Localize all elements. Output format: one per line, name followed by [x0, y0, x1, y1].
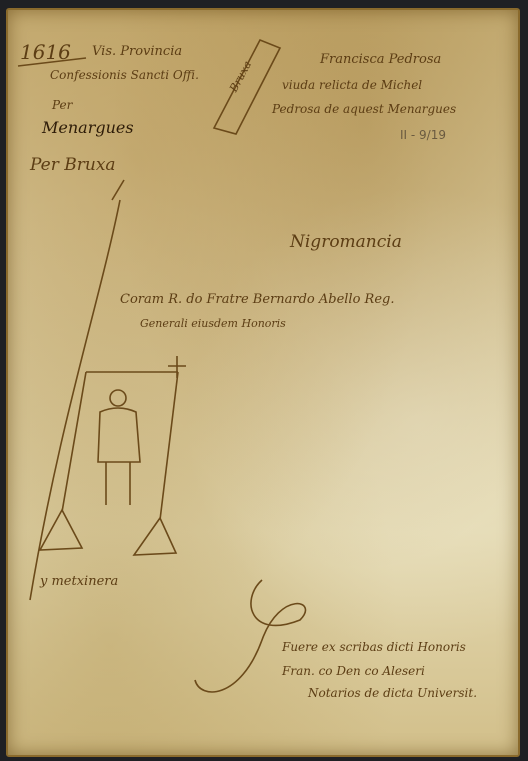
tribunal-line-2: Generali eiusdem Honoris [140, 317, 286, 330]
archive-reference: II - 9/19 [400, 128, 446, 142]
footer-line-3: Notarios de dicta Universit. [308, 686, 477, 700]
place-name: Menargues [42, 118, 134, 137]
header-line-1: Vis. Provincia [92, 44, 182, 59]
subtitle: Nigromancia [290, 232, 402, 252]
accused-line-3: Pedrosa de aquest Menargues [272, 102, 456, 116]
accused-line-2: viuda relicta de Michel [282, 78, 422, 92]
year: 1616 [20, 40, 71, 64]
accused-line-1: Francisca Pedrosa [320, 52, 441, 67]
charge: Per Bruxa [30, 155, 116, 175]
footer-line-1: Fuere ex scribas dicti Honoris [282, 640, 466, 654]
header-line-2: Confessionis Sancti Offi. [50, 68, 199, 82]
drawing-caption: y metxinera [40, 574, 118, 589]
per-label: Per [52, 98, 72, 112]
tribunal-line-1: Coram R. do Fratre Bernardo Abello Reg. [120, 292, 394, 307]
footer-line-2: Fran. co Den co Aleseri [282, 664, 425, 678]
